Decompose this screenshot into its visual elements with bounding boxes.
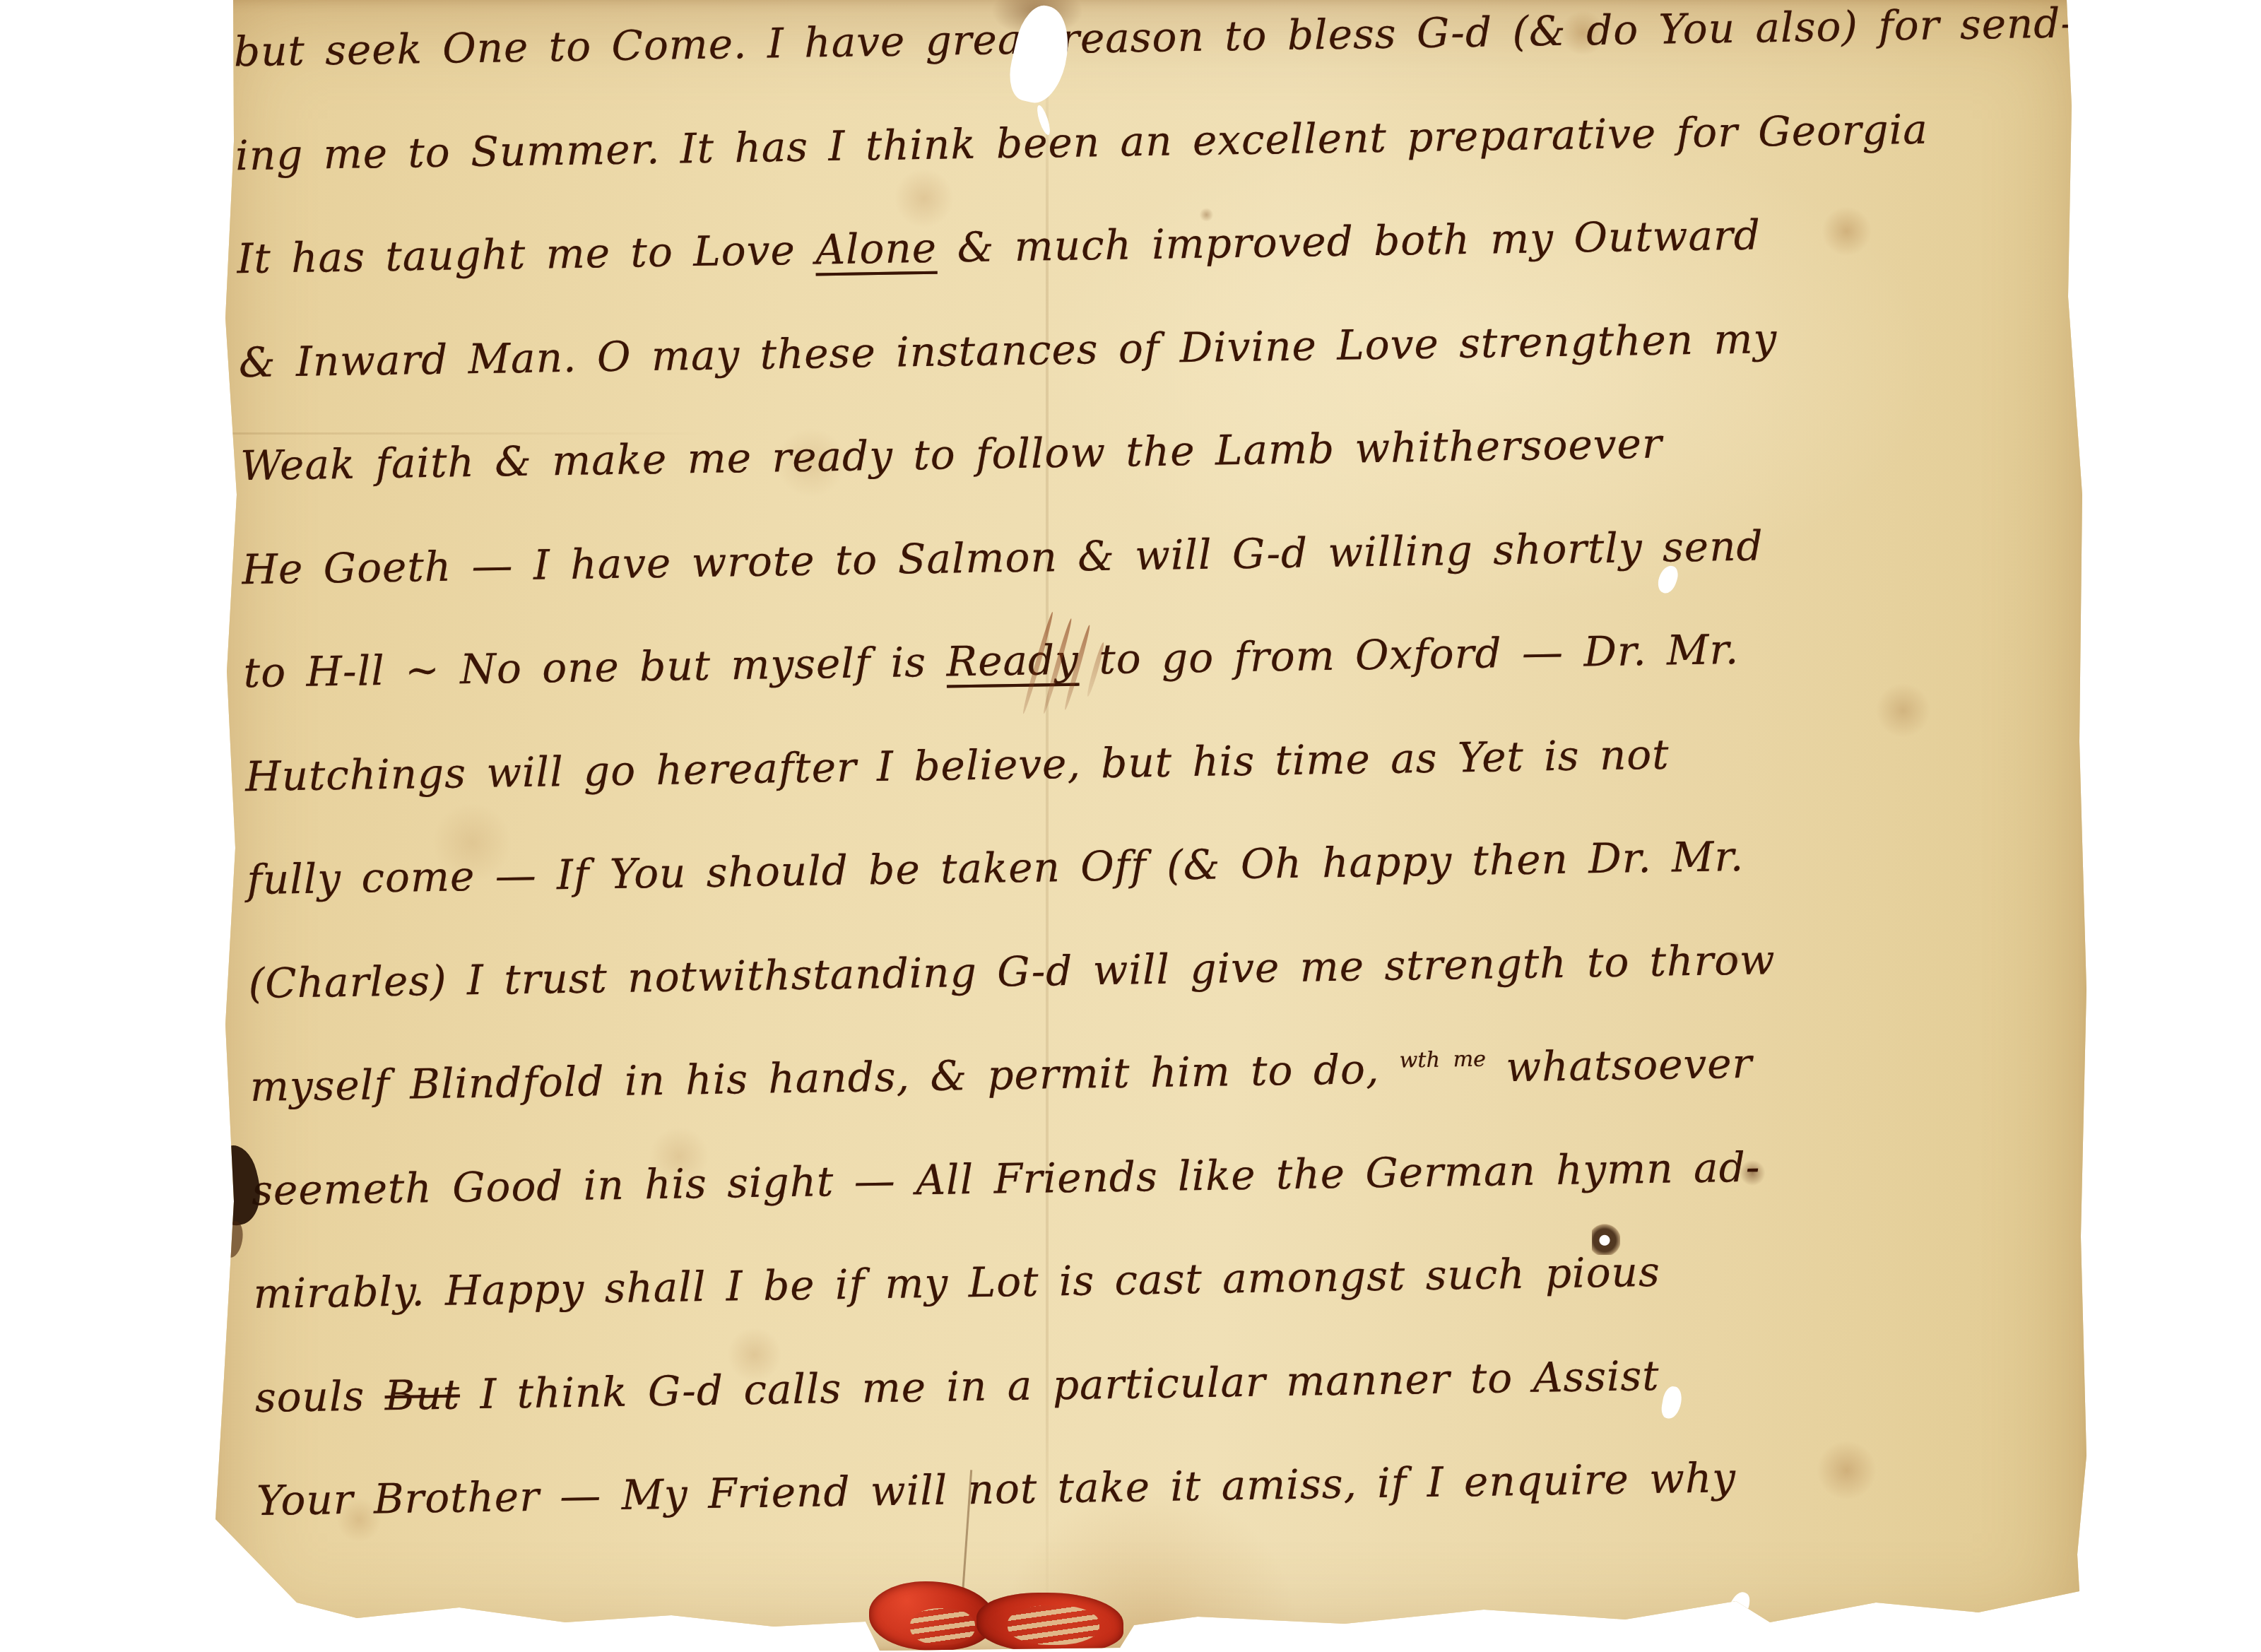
letter-line: & Inward Man. O may these instances of D… <box>238 314 1777 387</box>
letter-line-segment: Hutchings will go hereafter I believe, b… <box>245 730 1670 801</box>
letter-line: Your Brother — My Friend will not take i… <box>256 1453 1737 1525</box>
letter-line-segment: wth me <box>1399 1047 1486 1073</box>
wax-seal <box>869 1581 1123 1652</box>
scan-background: but seek One to Come. I have great reaso… <box>0 0 2261 1652</box>
letter-line: to H-ll ~ No one but myself is Ready to … <box>243 625 1740 697</box>
ink-smear-stroke <box>1085 642 1106 697</box>
letter-line: It has taught me to Love Alone & much im… <box>237 211 1761 283</box>
wax-seal-peeled-patch <box>910 1608 975 1645</box>
letter-line: ing me to Summer. It has I think been an… <box>235 105 1929 179</box>
letter-line-segment: Weak faith & make me ready to follow the… <box>240 420 1663 490</box>
wax-seal-peeled-patch <box>1008 1605 1099 1645</box>
letter-line-segment: mirably. Happy shall I be if my Lot is c… <box>253 1248 1660 1318</box>
letter-line-segment: myself Blindfold in his hands, & permit … <box>249 1045 1400 1111</box>
letter-line-segment: He Goeth — I have wrote to Salmon & will… <box>242 521 1764 594</box>
letter-line-segment: to H-ll ~ No one but myself is <box>243 638 947 697</box>
letter-line-segment: Alone <box>815 224 938 274</box>
ink-smear <box>1031 610 1121 731</box>
letter-line: (Charles) I trust notwithstanding G-d wi… <box>248 936 1776 1008</box>
letter-line: Hutchings will go hereafter I believe, b… <box>245 730 1670 801</box>
letter-line-segment: but seek One to Come. I have great reaso… <box>233 0 2075 76</box>
letter-line: seemeth Good in his sight — All Friends … <box>252 1143 1761 1215</box>
letter-line-segment: It has taught me to Love <box>237 225 816 283</box>
letter-line: myself Blindfold in his hands, & permit … <box>249 1039 1752 1111</box>
letter-line-segment: & much improved both my Outward <box>937 211 1761 271</box>
letter-line-segment: to go from Oxford — Dr. Mr. <box>1078 625 1739 684</box>
letter-line-segment: (Charles) I trust notwithstanding G-d wi… <box>248 936 1776 1008</box>
letter-line-segment: whatsoever <box>1486 1039 1753 1092</box>
letter-paper: but seek One to Come. I have great reaso… <box>208 0 2091 1652</box>
letter-line-segment: But <box>384 1370 460 1420</box>
letter-line: He Goeth — I have wrote to Salmon & will… <box>242 521 1764 594</box>
letter-line: Weak faith & make me ready to follow the… <box>240 420 1663 490</box>
letter-line-segment: souls <box>254 1371 385 1422</box>
paper-hole-with-stain <box>1592 1222 1620 1255</box>
letter-line-segment: fully come — If You should be taken Off … <box>247 832 1745 904</box>
letter-line: souls But I think G-d calls me in a part… <box>254 1351 1660 1421</box>
letter-line-segment: seemeth Good in his sight — All Friends … <box>252 1143 1761 1215</box>
letter-line: mirably. Happy shall I be if my Lot is c… <box>253 1248 1660 1318</box>
letter-line-segment: & Inward Man. O may these instances of D… <box>238 314 1777 387</box>
letter-text: but seek One to Come. I have great reaso… <box>194 0 2103 1652</box>
letter-line-segment: ing me to Summer. It has I think been an… <box>235 105 1929 179</box>
letter-line-segment: I think G-d calls me in a particular man… <box>459 1351 1660 1418</box>
letter-line: but seek One to Come. I have great reaso… <box>233 0 2075 76</box>
letter-line: fully come — If You should be taken Off … <box>247 832 1745 904</box>
letter-line-segment: Your Brother — My Friend will not take i… <box>256 1453 1737 1525</box>
